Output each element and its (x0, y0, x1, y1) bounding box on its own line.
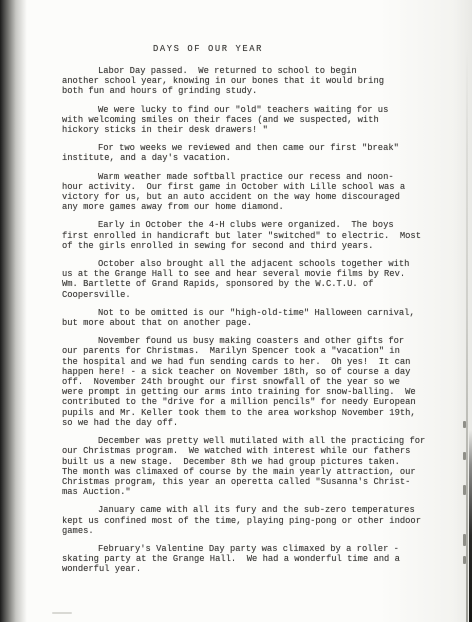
text-line: Christmas program, this year an operetta… (62, 477, 434, 487)
text-line: another school year, knowing in our bone… (62, 76, 434, 86)
text-line: the hospital and we had fun sending card… (62, 357, 434, 367)
text-line: wonderful year. (62, 564, 434, 574)
text-line: October also brought all the adjacent sc… (62, 259, 434, 269)
text-line: so we had the day off. (62, 418, 434, 428)
scan-shadow-left (0, 0, 28, 622)
paragraph: January came with all its fury and the s… (62, 505, 434, 536)
binding-mark (463, 452, 466, 460)
text-line: The month was climaxed of course by the … (62, 467, 434, 477)
text-line: of the girls enrolled in sewing for seco… (62, 241, 434, 251)
text-line: November found us busy making coasters a… (62, 336, 434, 346)
text-line: December was pretty well mutilated with … (62, 436, 434, 446)
text-line: were prompt in getting our arms into tra… (62, 387, 434, 397)
text-line: first enrolled in handicraft but later "… (62, 231, 434, 241)
binding-mark (463, 556, 466, 564)
text-line: our Christmas program. We watched with i… (62, 446, 434, 456)
paragraph: Not to be omitted is our "high-old-time"… (62, 308, 434, 328)
text-line: hickory sticks in their desk drawers! " (62, 125, 434, 135)
text-line: We were lucky to find our "old" teachers… (62, 105, 434, 115)
text-line: For two weeks we reviewed and then came … (62, 143, 434, 153)
text-line: games. (62, 526, 434, 536)
text-line: but more about that on another page. (62, 318, 434, 328)
binding-mark (463, 421, 466, 428)
text-line: Not to be omitted is our "high-old-time"… (62, 308, 434, 318)
page-title: DAYS OF OUR YEAR (153, 44, 434, 54)
text-line: Labor Day passed. We returned to school … (62, 66, 434, 76)
text-line: Wm. Bartlette of Grand Rapids, sponsored… (62, 279, 434, 289)
text-line: mas Auction." (62, 487, 434, 497)
text-line: with welcoming smiles on their faces (an… (62, 115, 434, 125)
text-line: us at the Grange Hall to see and hear se… (62, 269, 434, 279)
text-line: built us a new stage. December 8th we ha… (62, 457, 434, 467)
text-line: January came with all its fury and the s… (62, 505, 434, 515)
text-line: any more games away from our home diamon… (62, 202, 434, 212)
text-line: Coopersville. (62, 290, 434, 300)
binding-mark (463, 534, 466, 546)
paragraph: We were lucky to find our "old" teachers… (62, 105, 434, 136)
paragraph: Early in October the 4-H clubs were orga… (62, 220, 434, 251)
text-line: our parents for Christmas. Marilyn Spenc… (62, 346, 434, 356)
paragraph: Labor Day passed. We returned to school … (62, 66, 434, 97)
text-line: Early in October the 4-H clubs were orga… (62, 220, 434, 230)
binding-mark (463, 485, 466, 495)
text-line: victory for us, but an auto accident on … (62, 192, 434, 202)
text-line: contributed to the "drive for a million … (62, 397, 434, 407)
text-line: skating party at the Grange Hall. We had… (62, 554, 434, 564)
paragraph: Warm weather made softball practice our … (62, 172, 434, 213)
body-text: Labor Day passed. We returned to school … (62, 66, 434, 575)
text-line: institute, and a day's vacation. (62, 153, 434, 163)
paragraph: February's Valentine Day party was clima… (62, 544, 434, 575)
page-content: DAYS OF OUR YEAR Labor Day passed. We re… (62, 44, 434, 583)
paragraph: For two weeks we reviewed and then came … (62, 143, 434, 163)
scan-smudge (52, 612, 72, 614)
paragraph: October also brought all the adjacent sc… (62, 259, 434, 300)
text-line: kept us confined most of the time, playi… (62, 516, 434, 526)
paragraph: November found us busy making coasters a… (62, 336, 434, 428)
text-line: hour activity. Our first game in October… (62, 182, 434, 192)
text-line: Warm weather made softball practice our … (62, 172, 434, 182)
text-line: happen here! - a sick teacher on Novembe… (62, 367, 434, 377)
text-line: pupils and Mr. Keller took them to the a… (62, 408, 434, 418)
text-line: off. November 24th brought our first sno… (62, 377, 434, 387)
scanned-page: DAYS OF OUR YEAR Labor Day passed. We re… (0, 0, 472, 622)
text-line: February's Valentine Day party was clima… (62, 544, 434, 554)
text-line: both fun and hours of grinding study. (62, 86, 434, 96)
paragraph: December was pretty well mutilated with … (62, 436, 434, 497)
page-edge-right (466, 48, 468, 622)
